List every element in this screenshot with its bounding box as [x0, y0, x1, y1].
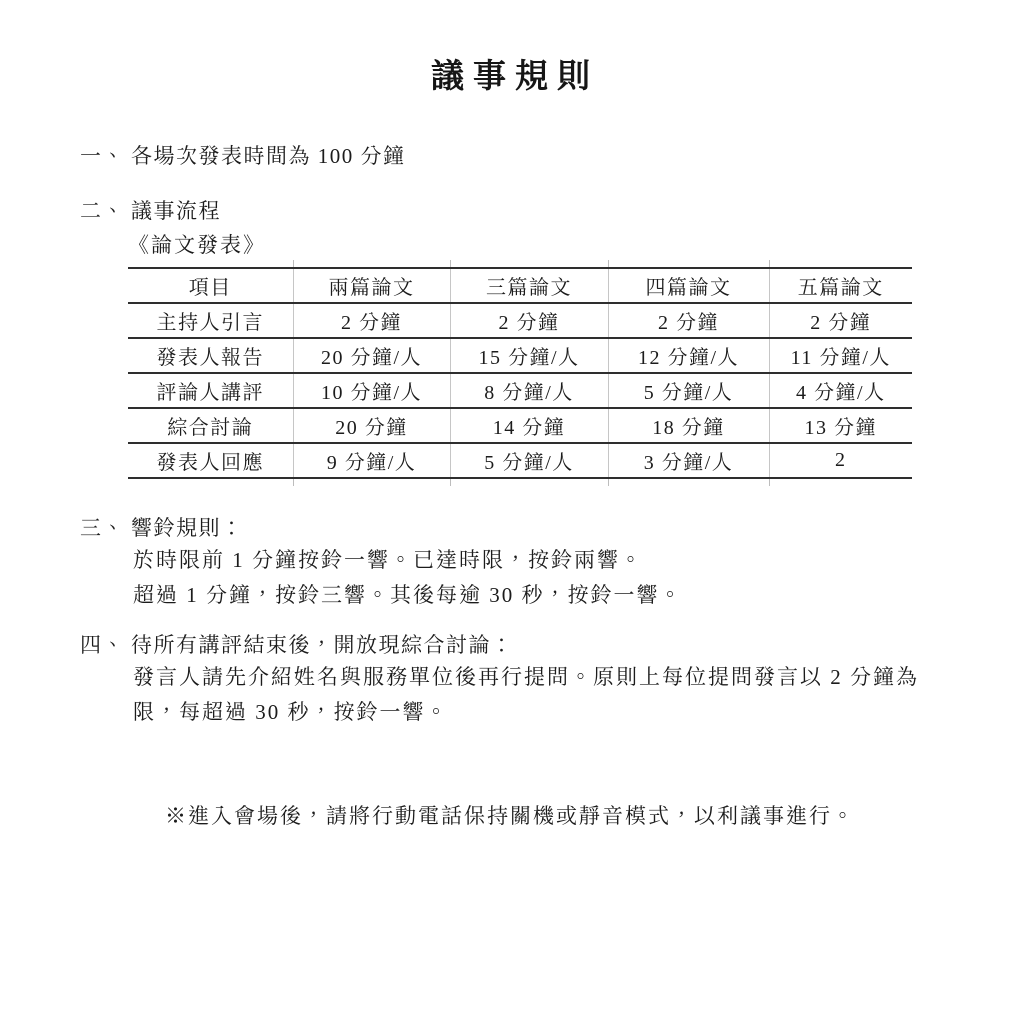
table-column-tick — [450, 260, 451, 267]
table-cell: 主持人引言 — [128, 303, 293, 338]
table-cell: 18 分鐘 — [608, 408, 769, 443]
table-row: 發表人報告 20 分鐘/人 15 分鐘/人 12 分鐘/人 11 分鐘/人 — [128, 338, 912, 373]
table-column-tick — [293, 479, 294, 486]
section-4: 四、待所有講評結束後，開放現綜合討論： — [80, 632, 970, 658]
table-cell: 4 分鐘/人 — [769, 373, 912, 408]
table-cell: 10 分鐘/人 — [293, 373, 450, 408]
table-column-tick — [293, 260, 294, 267]
table-row: 主持人引言 2 分鐘 2 分鐘 2 分鐘 2 分鐘 — [128, 303, 912, 338]
section-2-text: 議事流程 — [131, 199, 221, 223]
table-column-tick — [450, 479, 451, 486]
footer-note: ※進入會場後，請將行動電話保持關機或靜音模式，以利議事進行。 — [165, 800, 1030, 830]
table-row: 發表人回應 9 分鐘/人 5 分鐘/人 3 分鐘/人 2 — [128, 443, 912, 478]
table-header-row: 項目 兩篇論文 三篇論文 四篇論文 五篇論文 — [128, 268, 912, 303]
section-4-line-1: 發言人請先介紹姓名與服務單位後再行提問。原則上每位提問發言以 2 分鐘為 — [133, 660, 950, 695]
table-cell: 綜合討論 — [128, 408, 293, 443]
table-cell: 5 分鐘/人 — [608, 373, 769, 408]
section-4-body: 發言人請先介紹姓名與服務單位後再行提問。原則上每位提問發言以 2 分鐘為 限，每… — [0, 660, 1030, 730]
table-header-four-papers: 四篇論文 — [608, 268, 769, 303]
table-row: 評論人講評 10 分鐘/人 8 分鐘/人 5 分鐘/人 4 分鐘/人 — [128, 373, 912, 408]
section-2: 二、議事流程 — [80, 198, 970, 224]
table-header-two-papers: 兩篇論文 — [293, 268, 450, 303]
table-cell: 發表人報告 — [128, 338, 293, 373]
table-column-tick — [769, 479, 770, 486]
table-cell: 發表人回應 — [128, 443, 293, 478]
document-title: 議事規則 — [0, 50, 1030, 97]
section-1-text: 各場次發表時間為 100 分鐘 — [131, 144, 406, 168]
section-1: 一、各場次發表時間為 100 分鐘 — [80, 143, 970, 169]
section-4-number: 四、 — [80, 633, 125, 657]
table-column-tick — [608, 260, 609, 267]
table-row: 綜合討論 20 分鐘 14 分鐘 18 分鐘 13 分鐘 — [128, 408, 912, 443]
schedule-table: 項目 兩篇論文 三篇論文 四篇論文 五篇論文 主持人引言 2 分鐘 2 分鐘 2… — [128, 267, 912, 479]
table-cell: 9 分鐘/人 — [293, 443, 450, 478]
table-cell: 5 分鐘/人 — [450, 443, 608, 478]
table-cell: 15 分鐘/人 — [450, 338, 608, 373]
section-1-number: 一、 — [80, 144, 125, 168]
table-cell: 2 分鐘 — [608, 303, 769, 338]
table-header-three-papers: 三篇論文 — [450, 268, 608, 303]
table-header-item: 項目 — [128, 268, 293, 303]
table-header-five-papers: 五篇論文 — [769, 268, 912, 303]
table-cell: 8 分鐘/人 — [450, 373, 608, 408]
table-column-tick — [608, 479, 609, 486]
section-3: 三、響鈴規則： — [80, 515, 970, 541]
table-cell: 11 分鐘/人 — [769, 338, 912, 373]
section-3-line-2: 超過 1 分鐘，按鈴三響。其後每逾 30 秒，按鈴一響。 — [133, 578, 950, 613]
table-cell: 13 分鐘 — [769, 408, 912, 443]
document-page: 議事規則 一、各場次發表時間為 100 分鐘 二、議事流程 《論文發表》 項目 … — [0, 0, 1030, 1026]
table-cell: 2 分鐘 — [293, 303, 450, 338]
table-cell: 14 分鐘 — [450, 408, 608, 443]
table-column-tick — [769, 260, 770, 267]
table-cell: 評論人講評 — [128, 373, 293, 408]
section-4-text: 待所有講評結束後，開放現綜合討論： — [131, 633, 514, 657]
section-2-number: 二、 — [80, 199, 125, 223]
table-cell: 20 分鐘 — [293, 408, 450, 443]
table-cell: 3 分鐘/人 — [608, 443, 769, 478]
table-caption: 《論文發表》 — [128, 229, 1030, 259]
table-cell: 2 分鐘 — [450, 303, 608, 338]
table-cell: 12 分鐘/人 — [608, 338, 769, 373]
section-3-text: 響鈴規則： — [131, 516, 244, 540]
section-3-line-1: 於時限前 1 分鐘按鈴一響。已達時限，按鈴兩響。 — [133, 543, 950, 578]
section-3-number: 三、 — [80, 516, 125, 540]
section-4-line-2: 限，每超過 30 秒，按鈴一響。 — [133, 695, 950, 730]
table-cell: 2 — [769, 443, 912, 478]
section-3-body: 於時限前 1 分鐘按鈴一響。已達時限，按鈴兩響。 超過 1 分鐘，按鈴三響。其後… — [0, 543, 1030, 613]
schedule-table-wrap: 項目 兩篇論文 三篇論文 四篇論文 五篇論文 主持人引言 2 分鐘 2 分鐘 2… — [128, 267, 912, 479]
table-cell: 2 分鐘 — [769, 303, 912, 338]
table-cell: 20 分鐘/人 — [293, 338, 450, 373]
